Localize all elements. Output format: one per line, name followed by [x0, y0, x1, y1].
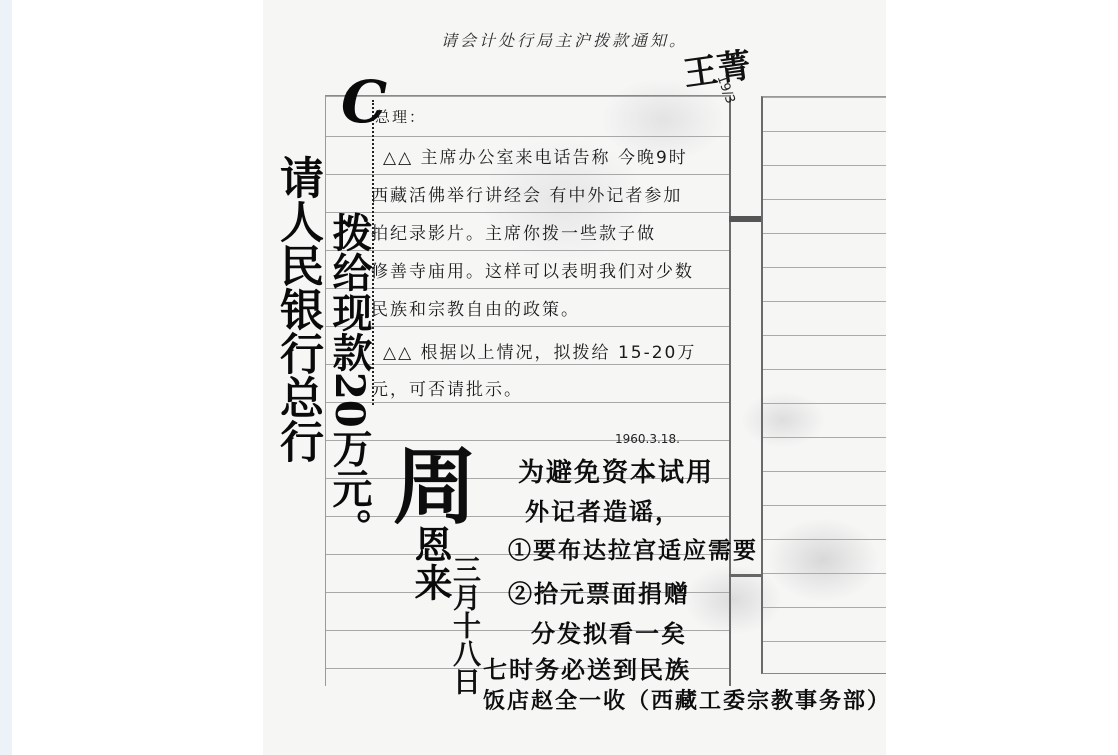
left-annotation-outer: 请人民银行总行 — [273, 155, 321, 463]
ruled-line — [763, 165, 886, 166]
ruled-line — [763, 233, 886, 234]
ruled-line — [326, 212, 729, 213]
ruled-line — [763, 573, 886, 574]
instruction-line: ①要布达拉宫适应需要 — [508, 532, 758, 565]
body-line: △△ 主席办公室来电话告称 今晚9时 — [383, 143, 688, 168]
binding-mark — [729, 216, 761, 222]
salutation: 总理： — [375, 106, 426, 127]
ruled-line — [763, 97, 886, 98]
body-line: △△ 根据以上情况，拟拨给 15-20万 — [383, 338, 696, 363]
ruled-line — [326, 326, 729, 327]
ruled-line — [763, 539, 886, 540]
signature-surname: 周 — [393, 420, 477, 541]
ruled-line — [763, 301, 886, 302]
ruled-line — [763, 335, 886, 336]
ruled-line — [326, 174, 729, 175]
ruled-line — [763, 369, 886, 370]
instruction-line: 为避免资本试用 — [518, 452, 714, 489]
instruction-line: 外记者造谣， — [525, 492, 681, 527]
instruction-line: 分发拟看一矣 — [531, 614, 687, 649]
ruled-line — [763, 437, 886, 438]
left-annotation-inner: 拨给现款20万元。 — [327, 212, 371, 548]
instruction-line: ②拾元票面捐赠 — [508, 574, 690, 609]
ruled-line — [763, 471, 886, 472]
body-line: 民族和宗教自由的政策。 — [371, 295, 580, 320]
ruled-line — [763, 641, 886, 642]
scanned-document: 请会计处行局主沪拨款通知。 王菁 19/3 C 总理： △△ 主席办公室来电话告… — [263, 0, 886, 755]
viewer-left-edge — [0, 0, 12, 755]
ruled-line — [763, 131, 886, 132]
instruction-line: 饭店赵全一收（西藏工委宗教事务部） — [483, 684, 886, 715]
body-line: 元，可否请批示。 — [371, 375, 523, 400]
ruled-line — [763, 505, 886, 506]
binding-mark — [729, 574, 761, 577]
ruled-line — [763, 403, 886, 404]
ruled-line — [326, 250, 729, 251]
ruled-line — [326, 364, 729, 365]
ruled-line — [326, 288, 729, 289]
body-line: 拍纪录影片。主席你拨一些款子做 — [371, 219, 656, 244]
body-line: 修善寺庙用。这样可以表明我们对少数 — [371, 257, 694, 282]
blank-ruled-sheet — [761, 96, 886, 674]
ruled-line — [763, 607, 886, 608]
signature-date: 三月十八日 — [445, 555, 485, 695]
top-note: 请会计处行局主沪拨款通知。 — [441, 28, 688, 51]
ruled-line — [326, 136, 729, 137]
instruction-date: 1960.3.18. — [615, 432, 680, 446]
ruled-line — [763, 199, 886, 200]
body-line: 西藏活佛举行讲经会 有中外记者参加 — [371, 181, 682, 206]
ruled-line — [763, 267, 886, 268]
instruction-line: 七时务必送到民族 — [483, 650, 691, 685]
ruled-line — [326, 402, 729, 403]
